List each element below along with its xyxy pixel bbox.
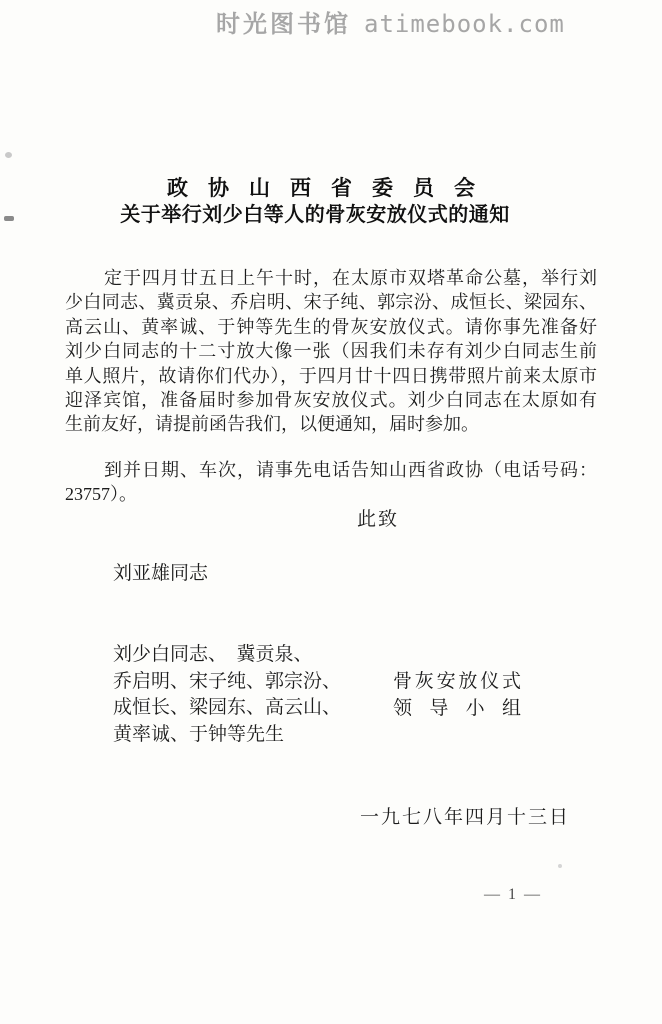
scan-speck <box>5 152 12 158</box>
page-number: — 1 — <box>484 886 542 904</box>
signature-group-line: 骨灰安放仪式 <box>393 669 521 696</box>
document-body: 定于四月廿五日上午十时，在太原市双塔革命公墓，举行刘 少白同志、冀贡泉、乔启明、… <box>65 266 597 507</box>
watermark-site-url: atimebook.com <box>364 10 565 38</box>
body-line: 单人照片，故请你们代办），于四月廿十四日携带照片前来太原市 <box>65 364 597 388</box>
body-line: 少白同志、冀贡泉、乔启明、宋子纯、郭宗汾、成恒长、梁园东、 <box>65 290 597 314</box>
body-line: 刘少白同志的十二寸放大像一张（因我们未存有刘少白同志生前 <box>65 339 597 363</box>
body-line: 定于四月廿五日上午十时，在太原市双塔革命公墓，举行刘 <box>65 266 597 290</box>
addressee: 刘亚雄同志 <box>113 558 208 585</box>
body-line: 生前友好，请提前函告我们，以便通知，届时参加。 <box>65 412 597 436</box>
body-line: 迎泽宾馆，准备届时参加骨灰安放仪式。刘少白同志在太原如有 <box>65 388 597 412</box>
body-line: 23757）。 <box>65 482 597 506</box>
body-line: 到并日期、车次，请事先电话告知山西省政协（电话号码： <box>65 458 597 482</box>
signature-name-line: 乔启明、宋子纯、郭宗汾、 <box>113 669 341 696</box>
scan-speck <box>558 864 562 868</box>
body-line: 高云山、黄率诚、于钟等先生的骨灰安放仪式。请你事先准备好 <box>65 315 597 339</box>
salutation: 此致 <box>357 504 399 531</box>
document-org-title: 政协山西省委员会 <box>0 174 662 202</box>
signature-date: 一九七八年四月十三日 <box>360 802 570 829</box>
watermark: 时光图书馆 atimebook.com <box>216 4 565 39</box>
watermark-site-name: 时光图书馆 <box>216 4 351 39</box>
signature-name-line: 刘少白同志、 冀贡泉、 <box>113 642 341 669</box>
signature-name-list: 刘少白同志、 冀贡泉、 乔启明、宋子纯、郭宗汾、 成恒长、梁园东、高云山、 黄率… <box>113 642 341 748</box>
scanned-document-page: 时光图书馆 atimebook.com 政协山西省委员会 关于举行刘少白等人的骨… <box>0 0 662 1024</box>
signature-group-line: 领导小组 <box>393 696 521 723</box>
signature-name-line: 黄率诚、于钟等先生 <box>113 722 341 749</box>
signature-name-line: 成恒长、梁园东、高云山、 <box>113 695 341 722</box>
document-subject-title: 关于举行刘少白等人的骨灰安放仪式的通知 <box>0 200 646 230</box>
signature-group: 骨灰安放仪式 领导小组 <box>393 669 521 722</box>
